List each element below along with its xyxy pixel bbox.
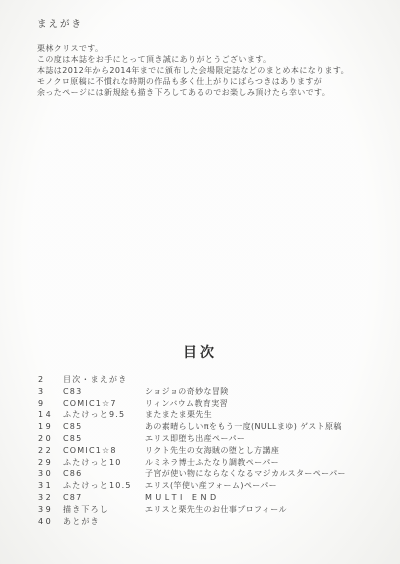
toc-entry-title: あの素晴らしいπをもう一度(NULLまゆ) ゲスト原稿 [145,421,392,433]
toc-row: 22 COMIC1☆8 リクト先生の女海賊の堕とし方講座 [38,445,392,457]
toc-page-number: 20 [38,433,63,445]
toc-event-name: 目次・まえがき [63,374,145,386]
preface-body: 栗林クリスです。 この度は本誌をお手にとって頂き誠にありがとうございます。 本誌… [37,43,386,98]
toc-entry-title: エリス(竿使い産フォーム)ペーパー [145,480,392,492]
toc-entry-title: ルミネラ博士ふたなり調教ペーパー [145,457,392,469]
toc-row: 31 ふたけっと10.5 エリス(竿使い産フォーム)ペーパー [38,480,392,492]
toc-event-name: ふたけっと9.5 [63,409,145,421]
toc-row: 32 C87 MULTI END [38,492,392,504]
toc-event-name: COMIC1☆7 [63,398,145,410]
toc-event-name: C85 [63,433,145,445]
toc-entry-title: 子宮が使い物にならなくなるマジカルスターペーパー [145,468,392,480]
toc-entry-title: エリス即堕ち出産ペーパー [145,433,392,445]
toc-entry-title: MULTI END [145,492,392,504]
toc-event-name: C87 [63,492,145,504]
preface-line: モノクロ原稿に不慣れな時期の作品も多く仕上がりにばらつきはありますが [37,76,386,87]
toc-row: 3 C83 ショジョの奇妙な冒険 [38,386,392,398]
toc-entry-title: またまたま栗先生 [145,409,392,421]
toc-page-number: 3 [38,386,63,398]
toc-row: 9 COMIC1☆7 リィンバウム教育実習 [38,398,392,410]
toc-page-number: 9 [38,398,63,410]
toc-entry-title [145,374,392,386]
toc-page-number: 2 [38,374,63,386]
toc-entry-title: リクト先生の女海賊の堕とし方講座 [145,445,392,457]
toc-entry-title [145,516,392,528]
preface-heading: まえがき [37,16,386,30]
toc-event-name: COMIC1☆8 [63,445,145,457]
toc-row: 39 描き下ろし エリスと栗先生のお仕事プロフィール [38,504,392,516]
preface-line: この度は本誌をお手にとって頂き誠にありがとうございます。 [37,54,386,65]
toc-row: 20 C85 エリス即堕ち出産ペーパー [38,433,392,445]
toc-heading: 目次 [0,342,400,362]
toc-row: 29 ふたけっと10 ルミネラ博士ふたなり調教ペーパー [38,457,392,469]
toc-page-number: 32 [38,492,63,504]
toc-event-name: 描き下ろし [63,504,145,516]
toc-page-number: 39 [38,504,63,516]
toc-page-number: 14 [38,409,63,421]
preface-section: まえがき 栗林クリスです。 この度は本誌をお手にとって頂き誠にありがとうございま… [37,16,386,98]
doujinshi-preface-toc-page: まえがき 栗林クリスです。 この度は本誌をお手にとって頂き誠にありがとうございま… [0,0,400,564]
toc-page-number: 30 [38,468,63,480]
toc-page-number: 40 [38,516,63,528]
toc-event-name: C86 [63,468,145,480]
preface-line: 余ったページには新規絵も描き下ろしてあるのでお楽しみ頂けたら幸いです。 [37,87,386,98]
preface-line: 栗林クリスです。 [37,43,386,54]
toc-row: 19 C85 あの素晴らしいπをもう一度(NULLまゆ) ゲスト原稿 [38,421,392,433]
toc-row: 2 目次・まえがき [38,374,392,386]
toc-row: 40 あとがき [38,516,392,528]
toc-page-number: 22 [38,445,63,457]
toc-page-number: 19 [38,421,63,433]
toc-entry-title: ショジョの奇妙な冒険 [145,386,392,398]
toc-row: 14 ふたけっと9.5 またまたま栗先生 [38,409,392,421]
toc-event-name: C85 [63,421,145,433]
toc-event-name: ふたけっと10.5 [63,480,145,492]
toc-event-name: ふたけっと10 [63,457,145,469]
toc-event-name: あとがき [63,516,145,528]
toc-page-number: 29 [38,457,63,469]
toc-row: 30 C86 子宮が使い物にならなくなるマジカルスターペーパー [38,468,392,480]
toc-event-name: C83 [63,386,145,398]
preface-line: 本誌は2012年から2014年までに頒布した会場限定誌などのまとめ本になります。 [37,65,386,76]
toc-list: 2 目次・まえがき 3 C83 ショジョの奇妙な冒険 9 COMIC1☆7 リィ… [38,374,392,527]
toc-entry-title: エリスと栗先生のお仕事プロフィール [145,504,392,516]
toc-page-number: 31 [38,480,63,492]
toc-entry-title: リィンバウム教育実習 [145,398,392,410]
